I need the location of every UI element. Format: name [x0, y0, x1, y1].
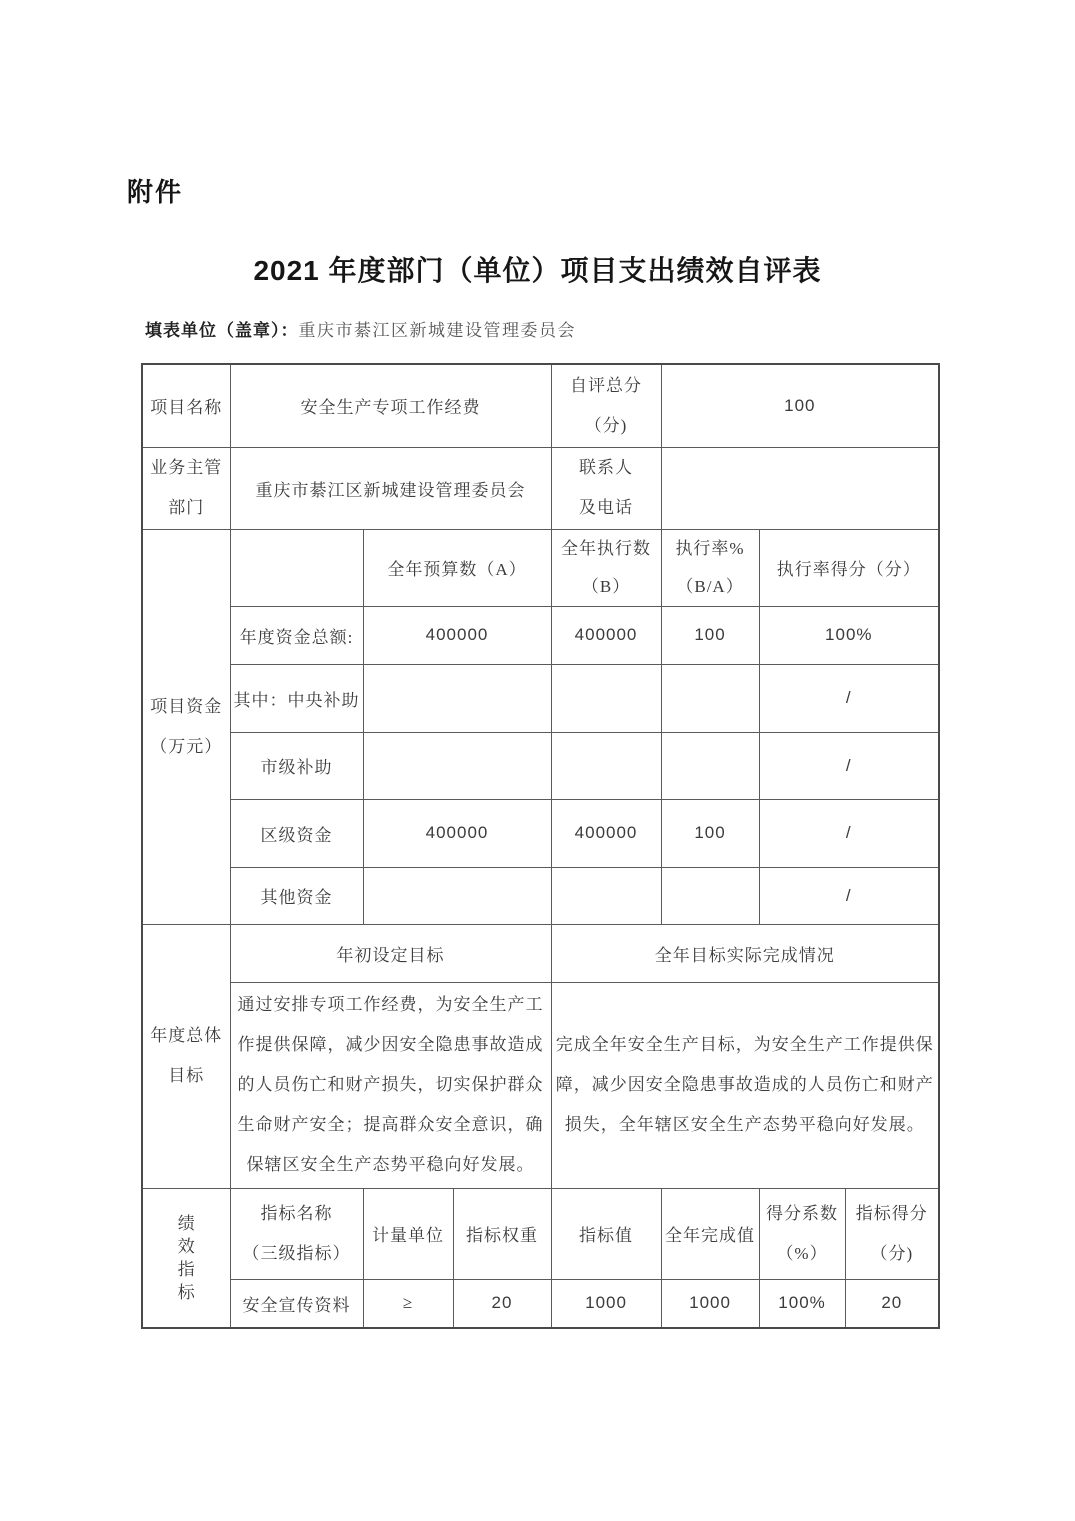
table-row: 其他资金 /	[142, 867, 939, 924]
cell-funding-total-exec: 400000	[551, 606, 661, 664]
cell-funding-district-score: /	[759, 799, 939, 867]
self-score-label-line2: （分)	[554, 406, 659, 446]
table-row: 项目资金 （万元） 全年预算数（A） 全年执行数 （B） 执行率% （B/A） …	[142, 529, 939, 606]
cell-col-indicator-value: 指标值	[551, 1188, 661, 1279]
goals-section-line2: 目标	[145, 1056, 228, 1096]
page-title: 2021 年度部门（单位）项目支出绩效自评表	[0, 249, 1075, 289]
cell-indicator-completed: 1000	[661, 1279, 759, 1328]
cell-funding-other-score: /	[759, 867, 939, 924]
cell-funding-total-rate: 100	[661, 606, 759, 664]
cell-funding-other-budget	[363, 867, 551, 924]
self-evaluation-table: 项目名称 安全生产专项工作经费 自评总分 （分) 100 业务主管 部门 重庆市…	[141, 363, 940, 1329]
cell-funding-section-label: 项目资金 （万元）	[142, 529, 230, 924]
contact-label-line1: 联系人	[554, 448, 659, 488]
cell-indicator-value: 1000	[551, 1279, 661, 1328]
table-row: 年度资金总额: 400000 400000 100 100%	[142, 606, 939, 664]
cell-col-rate-score: 执行率得分（分）	[759, 529, 939, 606]
cell-indicator-name: 安全宣传资料	[230, 1279, 363, 1328]
cell-indicator-unit: ≥	[363, 1279, 453, 1328]
self-score-label-line1: 自评总分	[554, 366, 659, 406]
cell-funding-city-score: /	[759, 732, 939, 799]
cell-dept-value: 重庆市綦江区新城建设管理委员会	[230, 447, 551, 529]
funding-section-line1: 项目资金	[145, 687, 228, 727]
cell-planned-goal-text: 通过安排专项工作经费，为安全生产工作提供保障，减少因安全隐患事故造成的人员伤亡和…	[230, 982, 551, 1188]
cell-contact-label: 联系人 及电话	[551, 447, 661, 529]
cell-funding-total-budget: 400000	[363, 606, 551, 664]
col-coeff-line1: 得分系数	[762, 1194, 843, 1234]
table-row: 市级补助 /	[142, 732, 939, 799]
table-row: 绩效指标 指标名称 （三级指标） 计量单位 指标权重 指标值 全年完成值 得分系…	[142, 1188, 939, 1279]
cell-col-completed: 全年完成值	[661, 1188, 759, 1279]
cell-funding-district-budget: 400000	[363, 799, 551, 867]
cell-col-indicator-name: 指标名称 （三级指标）	[230, 1188, 363, 1279]
indicator-section-text: 绩效指标	[176, 1212, 196, 1304]
table-row: 区级资金 400000 400000 100 /	[142, 799, 939, 867]
cell-funding-district-exec: 400000	[551, 799, 661, 867]
cell-funding-other-rate	[661, 867, 759, 924]
cell-funding-other-label: 其他资金	[230, 867, 363, 924]
cell-dept-label: 业务主管 部门	[142, 447, 230, 529]
table-row: 年度总体 目标 年初设定目标 全年目标实际完成情况	[142, 924, 939, 982]
col-rate-line1: 执行率%	[664, 530, 757, 568]
cell-indicator-section-label: 绩效指标	[142, 1188, 230, 1328]
cell-col-coeff: 得分系数 （%）	[759, 1188, 845, 1279]
cell-funding-central-label: 其中：中央补助	[230, 664, 363, 732]
cell-col-unit: 计量单位	[363, 1188, 453, 1279]
col-executed-line1: 全年执行数	[554, 530, 659, 568]
cell-funding-city-rate	[661, 732, 759, 799]
col-indicator-score-line2: （分)	[848, 1234, 937, 1274]
cell-funding-other-exec	[551, 867, 661, 924]
cell-col-rate: 执行率% （B/A）	[661, 529, 759, 606]
cell-funding-total-score: 100%	[759, 606, 939, 664]
document-page: 附件 2021 年度部门（单位）项目支出绩效自评表 填表单位（盖章）：重庆市綦江…	[0, 0, 1075, 1521]
form-unit-label: 填表单位（盖章）：	[145, 321, 299, 340]
cell-funding-city-label: 市级补助	[230, 732, 363, 799]
funding-section-line2: （万元）	[145, 727, 228, 767]
cell-col-executed: 全年执行数 （B）	[551, 529, 661, 606]
cell-self-score-label: 自评总分 （分)	[551, 364, 661, 447]
col-coeff-line2: （%）	[762, 1234, 843, 1274]
cell-contact-value	[661, 447, 939, 529]
cell-actual-goal-text: 完成全年安全生产目标，为安全生产工作提供保障，减少因安全隐患事故造成的人员伤亡和…	[551, 982, 939, 1188]
cell-col-budget: 全年预算数（A）	[363, 529, 551, 606]
cell-indicator-weight: 20	[453, 1279, 551, 1328]
cell-col-actual-goal: 全年目标实际完成情况	[551, 924, 939, 982]
contact-label-line2: 及电话	[554, 488, 659, 528]
col-indicator-name-line2: （三级指标）	[233, 1234, 361, 1274]
cell-funding-central-rate	[661, 664, 759, 732]
dept-label-line2: 部门	[145, 488, 228, 528]
cell-funding-city-budget	[363, 732, 551, 799]
cell-indicator-coeff: 100%	[759, 1279, 845, 1328]
table-row: 其中：中央补助 /	[142, 664, 939, 732]
cell-goals-section-label: 年度总体 目标	[142, 924, 230, 1188]
cell-project-name-value: 安全生产专项工作经费	[230, 364, 551, 447]
col-indicator-name-line1: 指标名称	[233, 1194, 361, 1234]
cell-indicator-score: 20	[845, 1279, 939, 1328]
dept-label-line1: 业务主管	[145, 448, 228, 488]
cell-funding-corner-blank	[230, 529, 363, 606]
cell-funding-district-rate: 100	[661, 799, 759, 867]
attachment-label: 附件	[127, 172, 183, 209]
col-rate-line2: （B/A）	[664, 568, 757, 606]
table-row: 业务主管 部门 重庆市綦江区新城建设管理委员会 联系人 及电话	[142, 447, 939, 529]
table-row: 安全宣传资料 ≥ 20 1000 1000 100% 20	[142, 1279, 939, 1328]
cell-project-name-label: 项目名称	[142, 364, 230, 447]
form-unit-line: 填表单位（盖章）：重庆市綦江区新城建设管理委员会	[145, 316, 576, 341]
cell-funding-district-label: 区级资金	[230, 799, 363, 867]
cell-col-indicator-score: 指标得分 （分)	[845, 1188, 939, 1279]
col-indicator-score-line1: 指标得分	[848, 1194, 937, 1234]
table-row: 项目名称 安全生产专项工作经费 自评总分 （分) 100	[142, 364, 939, 447]
cell-self-score-value: 100	[661, 364, 939, 447]
cell-funding-city-exec	[551, 732, 661, 799]
cell-col-planned-goal: 年初设定目标	[230, 924, 551, 982]
cell-funding-central-exec	[551, 664, 661, 732]
cell-funding-central-score: /	[759, 664, 939, 732]
cell-funding-central-budget	[363, 664, 551, 732]
table-row: 通过安排专项工作经费，为安全生产工作提供保障，减少因安全隐患事故造成的人员伤亡和…	[142, 982, 939, 1188]
cell-col-weight: 指标权重	[453, 1188, 551, 1279]
form-unit-value: 重庆市綦江区新城建设管理委员会	[299, 321, 577, 340]
goals-section-line1: 年度总体	[145, 1016, 228, 1056]
col-executed-line2: （B）	[554, 568, 659, 606]
cell-funding-total-label: 年度资金总额:	[230, 606, 363, 664]
